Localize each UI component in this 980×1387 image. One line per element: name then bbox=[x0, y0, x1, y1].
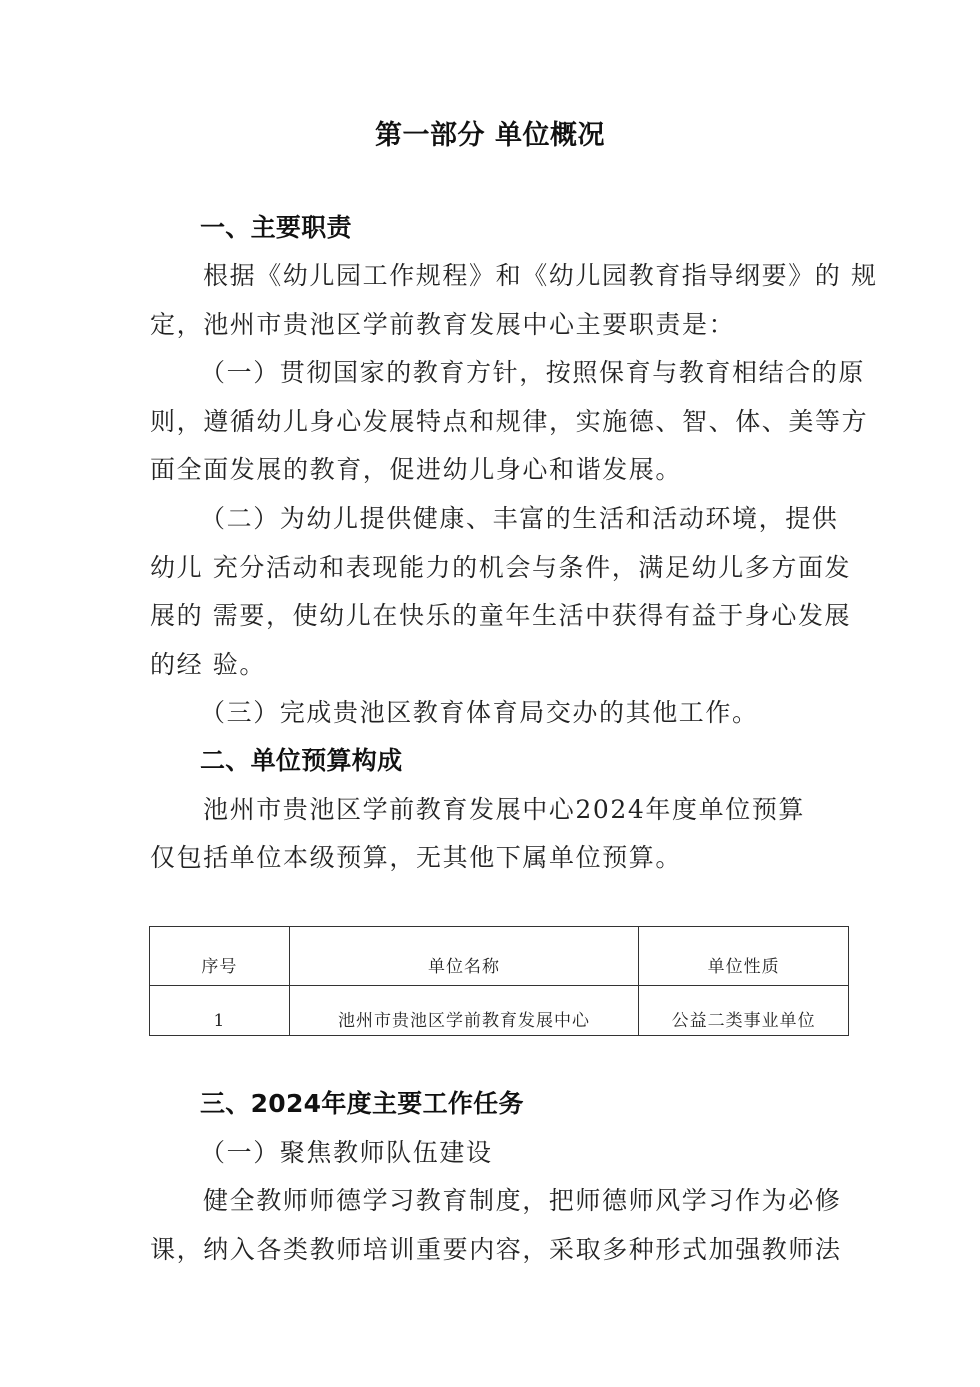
column-header-index: 序号 bbox=[150, 927, 290, 986]
subsection-heading: （一）聚焦教师队伍建设 bbox=[200, 1138, 493, 1168]
column-header-unit-nature: 单位性质 bbox=[639, 927, 849, 986]
cell-index: 1 bbox=[150, 986, 290, 1036]
paragraph-line: 的经 验。 bbox=[150, 650, 266, 680]
paragraph-line: 则，遵循幼儿身心发展特点和规律，实施德、智、体、美等方 bbox=[150, 407, 868, 437]
table-header-row: 序号 单位名称 单位性质 bbox=[150, 927, 849, 986]
paragraph-line: （三）完成贵池区教育体育局交办的其他工作。 bbox=[200, 698, 759, 728]
section-heading-responsibilities: 一、主要职责 bbox=[200, 213, 352, 243]
paragraph-line: 健全教师师德学习教育制度，把师德师风学习作为必修 bbox=[203, 1186, 841, 1216]
cell-unit-name: 池州市贵池区学前教育发展中心 bbox=[289, 986, 638, 1036]
cell-unit-nature: 公益二类事业单位 bbox=[639, 986, 849, 1036]
paragraph-line: 课，纳入各类教师培训重要内容，采取多种形式加强教师法 bbox=[150, 1235, 842, 1265]
paragraph-line: （二）为幼儿提供健康、丰富的生活和活动环境，提供 bbox=[200, 504, 838, 534]
paragraph-line: 池州市贵池区学前教育发展中心2024年度单位预算 bbox=[203, 795, 805, 825]
column-header-unit-name: 单位名称 bbox=[289, 927, 638, 986]
paragraph-line: 定，池州市贵池区学前教育发展中心主要职责是： bbox=[150, 310, 735, 340]
paragraph-line: 仅包括单位本级预算，无其他下属单位预算。 bbox=[150, 843, 682, 873]
page-title: 第一部分 单位概况 bbox=[0, 118, 980, 154]
section-heading-budget-composition: 二、单位预算构成 bbox=[200, 746, 402, 776]
paragraph-line: 展的 需要，使幼儿在快乐的童年生活中获得有益于身心发展 bbox=[150, 601, 851, 631]
paragraph-line: 幼儿 充分活动和表现能力的机会与条件，满足幼儿多方面发 bbox=[150, 553, 851, 583]
paragraph-line: （一）贯彻国家的教育方针，按照保育与教育相结合的原 bbox=[200, 358, 865, 388]
paragraph-line: 面全面发展的教育，促进幼儿身心和谐发展。 bbox=[150, 455, 682, 485]
table-row: 1 池州市贵池区学前教育发展中心 公益二类事业单位 bbox=[150, 986, 849, 1036]
paragraph-line: 根据《幼儿园工作规程》和《幼儿园教育指导纲要》的 规 bbox=[203, 261, 878, 291]
unit-table: 序号 单位名称 单位性质 1 池州市贵池区学前教育发展中心 公益二类事业单位 bbox=[149, 926, 849, 1036]
section-heading-work-tasks: 三、2024年度主要工作任务 bbox=[200, 1089, 524, 1119]
